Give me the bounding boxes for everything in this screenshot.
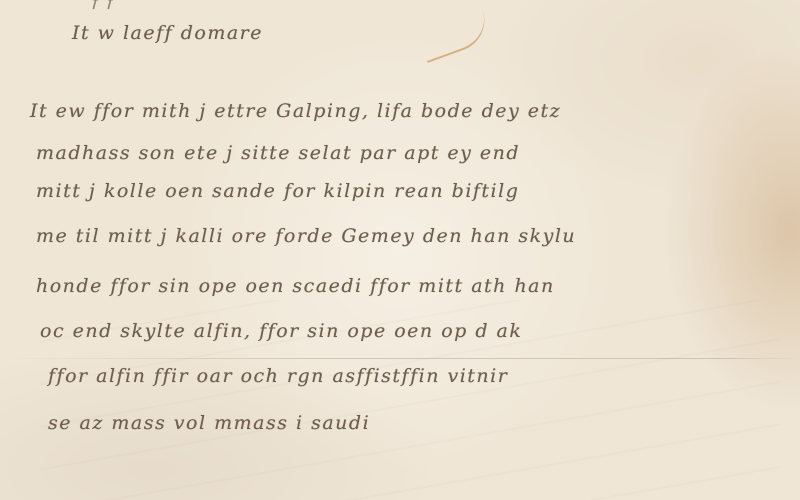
manuscript-line-4: mitt j kolle oen sande for kilpin rean b…	[36, 180, 519, 202]
manuscript-line-9: se az mass vol mmass i saudi	[48, 412, 370, 434]
manuscript-line-8: ffor alfin ffir oar och rgn asffistffin …	[48, 365, 508, 387]
manuscript-page: ꝉ ꝉ It w laeff domare It ew ffor mith j …	[0, 0, 800, 500]
page-crease	[0, 358, 800, 359]
manuscript-line-1: It w laeff domare	[72, 22, 263, 44]
manuscript-line-6: honde ffor sin ope oen scaedi ffor mitt …	[36, 275, 555, 297]
manuscript-line-7: oc end skylte alfin, ffor sin ope oen op…	[40, 320, 522, 342]
manuscript-line-5: me til mitt j kalli ore forde Gemey den …	[36, 225, 576, 247]
ink-stain	[417, 9, 494, 63]
manuscript-line-2: It ew ffor mith j ettre Galping, lifa bo…	[30, 100, 561, 122]
manuscript-line-3: madhass son ete j sitte selat par apt ey…	[36, 142, 520, 164]
manuscript-line-0: ꝉ ꝉ	[90, 0, 113, 13]
